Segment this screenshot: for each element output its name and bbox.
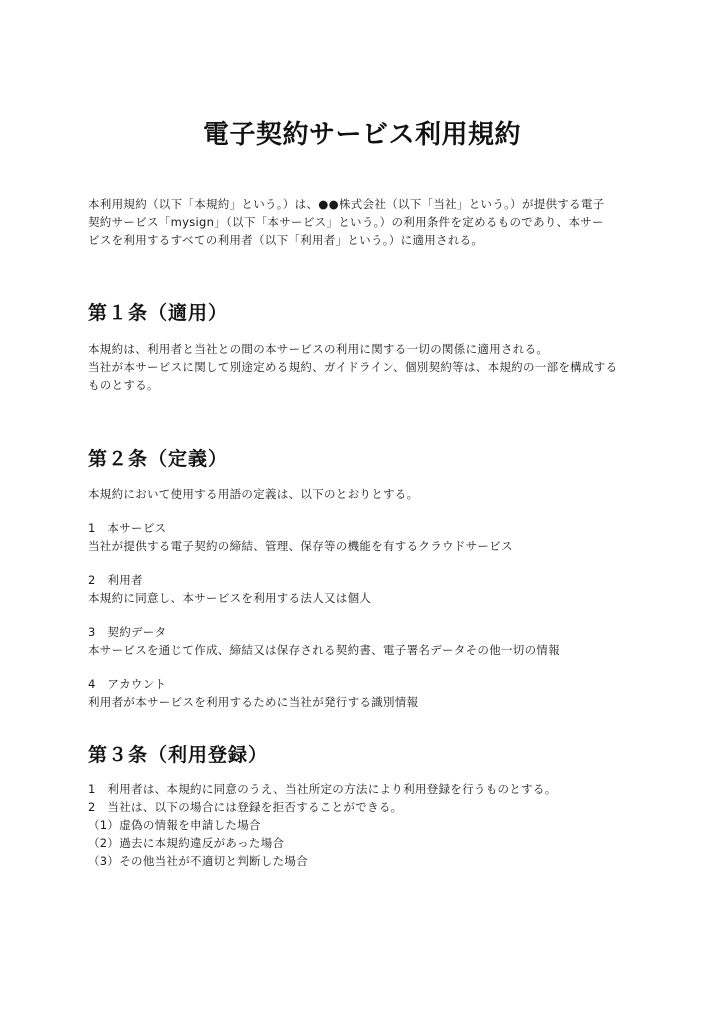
definition-description: 当社が提供する電子契約の締結、管理、保存等の機能を有するクラウドサービス bbox=[88, 537, 648, 555]
article-line: 本規約は、利用者と当社との間の本サービスの利用に関する一切の関係に適用される。 bbox=[88, 340, 648, 358]
definition-term: 4 アカウント bbox=[88, 675, 648, 693]
intro-line: 契約サービス「mysign」（以下「本サービス」という。）の利用条件を定めるもの… bbox=[88, 213, 648, 231]
article-sub-item: （2）過去に本規約違反があった場合 bbox=[88, 834, 648, 852]
document-page: 電子契約サービス利用規約 本利用規約（以下「本規約」という。）は、●●株式会社（… bbox=[0, 0, 724, 1024]
definition-description: 利用者が本サービスを利用するために当社が発行する識別情報 bbox=[88, 693, 648, 711]
intro-line: ビスを利用するすべての利用者（以下「利用者」という。）に適用される。 bbox=[88, 231, 648, 249]
article-1-body: 本規約は、利用者と当社との間の本サービスの利用に関する一切の関係に適用される。 … bbox=[88, 340, 648, 394]
article-line: 1 利用者は、本規約に同意のうえ、当社所定の方法により利用登録を行うものとする。 bbox=[88, 780, 648, 798]
article-line: 2 当社は、以下の場合には登録を拒否することができる。 bbox=[88, 798, 648, 816]
article-sub-item: （3）その他当社が不適切と判断した場合 bbox=[88, 852, 648, 870]
definition-term: 1 本サービス bbox=[88, 519, 648, 537]
definition-term: 2 利用者 bbox=[88, 571, 648, 589]
document-title: 電子契約サービス利用規約 bbox=[0, 114, 724, 151]
article-sub-item: （1）虚偽の情報を申請した場合 bbox=[88, 816, 648, 834]
intro-line: 本利用規約（以下「本規約」という。）は、●●株式会社（以下「当社」という。）が提… bbox=[88, 195, 648, 213]
definition-term: 3 契約データ bbox=[88, 623, 648, 641]
article-2-body: 本規約において使用する用語の定義は、以下のとおりとする。 1 本サービス 当社が… bbox=[88, 485, 648, 711]
article-line: 当社が本サービスに関して別途定める規約、ガイドライン、個別契約等は、本規約の一部… bbox=[88, 358, 648, 376]
intro-paragraph: 本利用規約（以下「本規約」という。）は、●●株式会社（以下「当社」という。）が提… bbox=[88, 195, 648, 249]
article-2-heading: 第２条（定義） bbox=[88, 444, 228, 471]
definition-description: 本規約に同意し、本サービスを利用する法人又は個人 bbox=[88, 589, 648, 607]
definition-description: 本サービスを通じて作成、締結又は保存される契約書、電子署名データその他一切の情報 bbox=[88, 641, 648, 659]
article-1-heading: 第１条（適用） bbox=[88, 298, 228, 325]
article-3-body: 1 利用者は、本規約に同意のうえ、当社所定の方法により利用登録を行うものとする。… bbox=[88, 780, 648, 870]
article-3-heading: 第３条（利用登録） bbox=[88, 740, 268, 767]
article-lead: 本規約において使用する用語の定義は、以下のとおりとする。 bbox=[88, 485, 648, 503]
article-line: ものとする。 bbox=[88, 376, 648, 394]
